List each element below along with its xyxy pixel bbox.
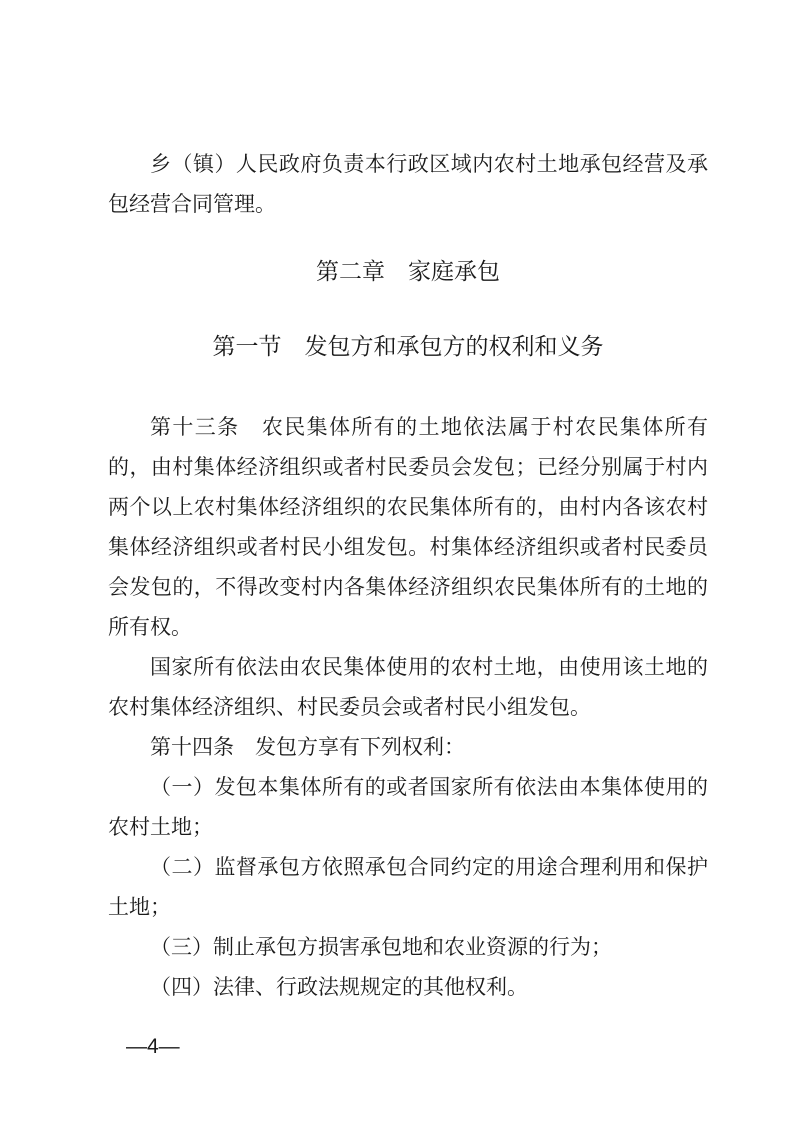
text-line: （四）法律、行政法规规定的其他权利。 (108, 968, 708, 1008)
text-line: 所有权。 (108, 608, 708, 648)
paragraph: （二）监督承包方依照承包合同约定的用途合理利用和保护土地； (108, 848, 708, 928)
text-line: 包经营合同管理。 (108, 185, 708, 225)
paragraph: （三）制止承包方损害承包地和农业资源的行为； (108, 928, 708, 968)
text-line: 乡（镇）人民政府负责本行政区域内农村土地承包经营及承 (108, 145, 708, 185)
paragraph: （四）法律、行政法规规定的其他权利。 (108, 968, 708, 1008)
text-line: 农村集体经济组织、村民委员会或者村民小组发包。 (108, 688, 708, 728)
text-line: 农村土地； (108, 808, 708, 848)
paragraph: （一）发包本集体所有的或者国家所有依法由本集体使用的农村土地； (108, 768, 708, 848)
document-body: 乡（镇）人民政府负责本行政区域内农村土地承包经营及承包经营合同管理。第二章 家庭… (108, 145, 708, 1008)
text-line: （三）制止承包方损害承包地和农业资源的行为； (108, 928, 708, 968)
text-line: 国家所有依法由农民集体使用的农村土地，由使用该土地的 (108, 648, 708, 688)
paragraph: 第十四条 发包方享有下列权利： (108, 728, 708, 768)
text-line: （一）发包本集体所有的或者国家所有依法由本集体使用的 (108, 768, 708, 808)
text-line: 会发包的，不得改变村内各集体经济组织农民集体所有的土地的 (108, 568, 708, 608)
document-page: 乡（镇）人民政府负责本行政区域内农村土地承包经营及承包经营合同管理。第二章 家庭… (0, 0, 800, 1133)
text-line: 第十三条 农民集体所有的土地依法属于村农民集体所有 (108, 408, 708, 448)
text-line: 第十四条 发包方享有下列权利： (108, 728, 708, 768)
paragraph: 乡（镇）人民政府负责本行政区域内农村土地承包经营及承包经营合同管理。 (108, 145, 708, 225)
chapter-heading: 第二章 家庭承包 (108, 251, 708, 291)
text-line: 集体经济组织或者村民小组发包。村集体经济组织或者村民委员 (108, 528, 708, 568)
text-line: 两个以上农村集体经济组织的农民集体所有的，由村内各该农村 (108, 488, 708, 528)
page-number: —4— (126, 1036, 180, 1057)
section-heading: 第一节 发包方和承包方的权利和义务 (108, 326, 708, 366)
text-line: 的，由村集体经济组织或者村民委员会发包；已经分别属于村内 (108, 448, 708, 488)
text-line: （二）监督承包方依照承包合同约定的用途合理利用和保护 (108, 848, 708, 888)
text-line: 土地； (108, 888, 708, 928)
paragraph: 第十三条 农民集体所有的土地依法属于村农民集体所有的，由村集体经济组织或者村民委… (108, 408, 708, 648)
paragraph: 国家所有依法由农民集体使用的农村土地，由使用该土地的农村集体经济组织、村民委员会… (108, 648, 708, 728)
